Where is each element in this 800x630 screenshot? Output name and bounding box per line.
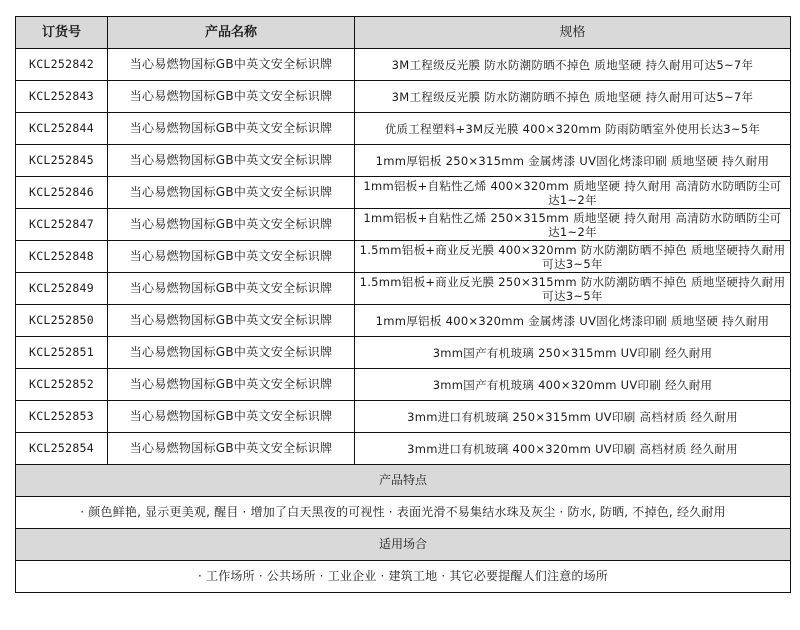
order-no-cell: KCL252845 bbox=[16, 145, 108, 177]
applications-body-row: · 工作场所 · 公共场所 · 工业企业 · 建筑工地 · 其它必要提醒人们注意… bbox=[16, 561, 791, 593]
table-row: KCL252850 当心易燃物国标GB中英文安全标识牌 1mm厚铝板 400×3… bbox=[16, 305, 791, 337]
order-no-cell: KCL252846 bbox=[16, 177, 108, 209]
spec-cell: 1mm铝板+自粘性乙烯 250×315mm 质地坚硬 持久耐用 高清防水防晒防尘… bbox=[355, 209, 791, 241]
product-name-cell: 当心易燃物国标GB中英文安全标识牌 bbox=[108, 177, 355, 209]
header-order-no: 订货号 bbox=[16, 17, 108, 49]
product-name-cell: 当心易燃物国标GB中英文安全标识牌 bbox=[108, 241, 355, 273]
table-header-row: 订货号 产品名称 规格 bbox=[16, 17, 791, 49]
spec-cell: 优质工程塑料+3M反光膜 400×320mm 防雨防晒室外使用长达3~5年 bbox=[355, 113, 791, 145]
product-name-cell: 当心易燃物国标GB中英文安全标识牌 bbox=[108, 433, 355, 465]
product-name-cell: 当心易燃物国标GB中英文安全标识牌 bbox=[108, 113, 355, 145]
spec-cell: 1mm铝板+自粘性乙烯 400×320mm 质地坚硬 持久耐用 高清防水防晒防尘… bbox=[355, 177, 791, 209]
table-row: KCL252843 当心易燃物国标GB中英文安全标识牌 3M工程级反光膜 防水防… bbox=[16, 81, 791, 113]
features-header-row: 产品特点 bbox=[16, 465, 791, 497]
order-no-cell: KCL252847 bbox=[16, 209, 108, 241]
table-row: KCL252846 当心易燃物国标GB中英文安全标识牌 1mm铝板+自粘性乙烯 … bbox=[16, 177, 791, 209]
table-row: KCL252852 当心易燃物国标GB中英文安全标识牌 3mm国产有机玻璃 40… bbox=[16, 369, 791, 401]
spec-cell: 1mm厚铝板 250×315mm 金属烤漆 UV固化烤漆印刷 质地坚硬 持久耐用 bbox=[355, 145, 791, 177]
order-no-cell: KCL252842 bbox=[16, 49, 108, 81]
applications-title: 适用场合 bbox=[16, 529, 791, 561]
order-no-cell: KCL252848 bbox=[16, 241, 108, 273]
features-body-row: · 颜色鲜艳, 显示更美观, 醒目 · 增加了白天黑夜的可视性 · 表面光滑不易… bbox=[16, 497, 791, 529]
order-no-cell: KCL252854 bbox=[16, 433, 108, 465]
spec-cell: 1.5mm铝板+商业反光膜 250×315mm 防水防潮防晒不掉色 质地坚硬持久… bbox=[355, 273, 791, 305]
table-row: KCL252849 当心易燃物国标GB中英文安全标识牌 1.5mm铝板+商业反光… bbox=[16, 273, 791, 305]
spec-cell: 1.5mm铝板+商业反光膜 400×320mm 防水防潮防晒不掉色 质地坚硬持久… bbox=[355, 241, 791, 273]
spec-sheet: 订货号 产品名称 规格 KCL252842 当心易燃物国标GB中英文安全标识牌 … bbox=[15, 16, 790, 593]
features-title: 产品特点 bbox=[16, 465, 791, 497]
table-row: KCL252851 当心易燃物国标GB中英文安全标识牌 3mm国产有机玻璃 25… bbox=[16, 337, 791, 369]
table-row: KCL252847 当心易燃物国标GB中英文安全标识牌 1mm铝板+自粘性乙烯 … bbox=[16, 209, 791, 241]
spec-cell: 3mm国产有机玻璃 400×320mm UV印刷 经久耐用 bbox=[355, 369, 791, 401]
table-row: KCL252845 当心易燃物国标GB中英文安全标识牌 1mm厚铝板 250×3… bbox=[16, 145, 791, 177]
applications-header-row: 适用场合 bbox=[16, 529, 791, 561]
order-no-cell: KCL252852 bbox=[16, 369, 108, 401]
header-spec: 规格 bbox=[355, 17, 791, 49]
product-name-cell: 当心易燃物国标GB中英文安全标识牌 bbox=[108, 305, 355, 337]
header-product-name: 产品名称 bbox=[108, 17, 355, 49]
table-row: KCL252848 当心易燃物国标GB中英文安全标识牌 1.5mm铝板+商业反光… bbox=[16, 241, 791, 273]
spec-cell: 3mm进口有机玻璃 400×320mm UV印刷 高档材质 经久耐用 bbox=[355, 433, 791, 465]
table-row: KCL252842 当心易燃物国标GB中英文安全标识牌 3M工程级反光膜 防水防… bbox=[16, 49, 791, 81]
product-name-cell: 当心易燃物国标GB中英文安全标识牌 bbox=[108, 49, 355, 81]
product-name-cell: 当心易燃物国标GB中英文安全标识牌 bbox=[108, 81, 355, 113]
product-spec-table: 订货号 产品名称 规格 KCL252842 当心易燃物国标GB中英文安全标识牌 … bbox=[15, 16, 791, 593]
spec-cell: 3M工程级反光膜 防水防潮防晒不掉色 质地坚硬 持久耐用可达5~7年 bbox=[355, 81, 791, 113]
product-name-cell: 当心易燃物国标GB中英文安全标识牌 bbox=[108, 145, 355, 177]
table-row: KCL252854 当心易燃物国标GB中英文安全标识牌 3mm进口有机玻璃 40… bbox=[16, 433, 791, 465]
spec-cell: 3mm国产有机玻璃 250×315mm UV印刷 经久耐用 bbox=[355, 337, 791, 369]
order-no-cell: KCL252849 bbox=[16, 273, 108, 305]
product-name-cell: 当心易燃物国标GB中英文安全标识牌 bbox=[108, 209, 355, 241]
spec-cell: 3mm进口有机玻璃 250×315mm UV印刷 高档材质 经久耐用 bbox=[355, 401, 791, 433]
features-text: · 颜色鲜艳, 显示更美观, 醒目 · 增加了白天黑夜的可视性 · 表面光滑不易… bbox=[16, 497, 791, 529]
product-name-cell: 当心易燃物国标GB中英文安全标识牌 bbox=[108, 369, 355, 401]
applications-text: · 工作场所 · 公共场所 · 工业企业 · 建筑工地 · 其它必要提醒人们注意… bbox=[16, 561, 791, 593]
spec-cell: 3M工程级反光膜 防水防潮防晒不掉色 质地坚硬 持久耐用可达5~7年 bbox=[355, 49, 791, 81]
product-name-cell: 当心易燃物国标GB中英文安全标识牌 bbox=[108, 401, 355, 433]
order-no-cell: KCL252851 bbox=[16, 337, 108, 369]
order-no-cell: KCL252850 bbox=[16, 305, 108, 337]
order-no-cell: KCL252853 bbox=[16, 401, 108, 433]
table-row: KCL252844 当心易燃物国标GB中英文安全标识牌 优质工程塑料+3M反光膜… bbox=[16, 113, 791, 145]
order-no-cell: KCL252843 bbox=[16, 81, 108, 113]
product-name-cell: 当心易燃物国标GB中英文安全标识牌 bbox=[108, 337, 355, 369]
table-row: KCL252853 当心易燃物国标GB中英文安全标识牌 3mm进口有机玻璃 25… bbox=[16, 401, 791, 433]
spec-cell: 1mm厚铝板 400×320mm 金属烤漆 UV固化烤漆印刷 质地坚硬 持久耐用 bbox=[355, 305, 791, 337]
order-no-cell: KCL252844 bbox=[16, 113, 108, 145]
product-name-cell: 当心易燃物国标GB中英文安全标识牌 bbox=[108, 273, 355, 305]
